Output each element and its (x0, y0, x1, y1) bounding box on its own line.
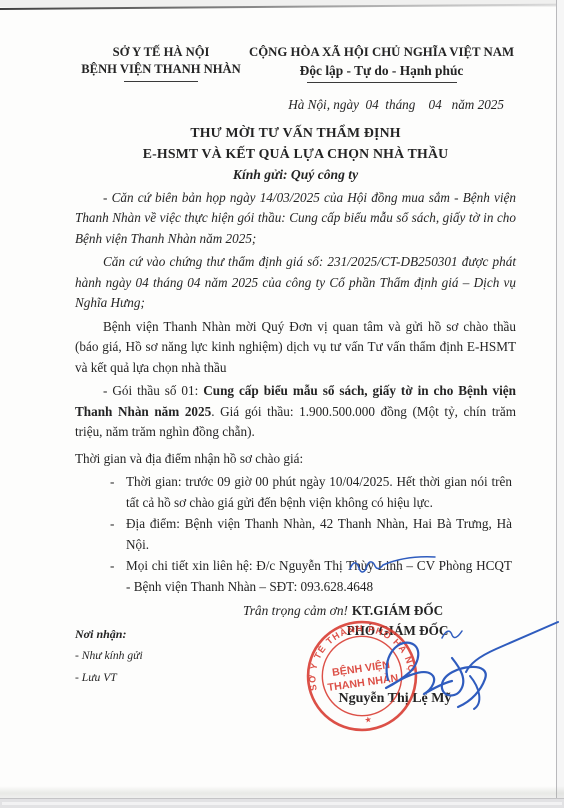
signer-role-line1: KT.GIÁM ĐỐC (300, 601, 495, 621)
national-title: CỘNG HÒA XÃ HỘI CHỦ NGHĨA VIỆT NAM (247, 44, 516, 61)
document-title-line1: THƯ MỜI TƯ VẤN THẨM ĐỊNH (75, 122, 516, 143)
recipients-block: Nơi nhận: - Như kính gửi - Lưu VT (75, 623, 143, 689)
recipients-label: Nơi nhận: (75, 623, 143, 645)
document-title-line2: E-HSMT VÀ KẾT QUẢ LỰA CHỌN NHÀ THẦU (75, 143, 516, 164)
scanned-document-page: SỞ Y TẾ HÀ NỘI BỆNH VIỆN THANH NHÀN CỘNG… (0, 0, 564, 808)
signer-name: Nguyễn Thị Lệ Mỹ (300, 691, 490, 707)
submission-details-list: - Thời gian: trước 09 giờ 00 phút ngày 1… (75, 472, 516, 597)
place-date-line: Hà Nội, ngày 04 tháng 04 năm 2025 (75, 95, 504, 116)
invitation-paragraph: Bệnh viện Thanh Nhàn mời Quý Đơn vị quan… (75, 317, 516, 379)
list-item: - Thời gian: trước 09 giờ 00 phút ngày 1… (110, 472, 516, 513)
signature-main-scrawl (386, 643, 452, 694)
deadline-item-text: Thời gian: trước 09 giờ 00 phút ngày 10/… (126, 472, 516, 513)
document-title-block: THƯ MỜI TƯ VẤN THẨM ĐỊNH E-HSMT VÀ KẾT Q… (75, 122, 516, 185)
list-dash: - (110, 472, 126, 513)
parent-agency-name: SỞ Y TẾ HÀ NỘI (75, 44, 247, 61)
signoff-titles: KT.GIÁM ĐỐC PHÓ GIÁM ĐỐC (300, 601, 495, 641)
salutation: Kính gửi: Quý công ty (75, 164, 516, 185)
national-motto: Độc lập - Tự do - Hạnh phúc (247, 61, 516, 80)
org-underline-rule (124, 81, 198, 82)
national-header-block: CỘNG HÒA XÃ HỘI CHỦ NGHĨA VIỆT NAM Độc l… (247, 44, 516, 83)
address-item-text: Địa điểm: Bệnh viện Thanh Nhàn, 42 Thanh… (126, 514, 516, 555)
scan-bottom-shadow (0, 786, 564, 798)
stamp-center-line1: BỆNH VIỆN (331, 658, 390, 679)
motto-underline-rule (307, 82, 457, 83)
hospital-name: BỆNH VIỆN THANH NHÀN (75, 61, 247, 78)
scan-bottom-strip (0, 798, 564, 808)
list-dash: - (110, 514, 126, 555)
package-paragraph: - Gói thầu số 01: Cung cấp biểu mẫu sổ s… (75, 381, 516, 443)
signer-role-line2: PHÓ GIÁM ĐỐC (300, 621, 495, 641)
stamp-inner-ring (317, 631, 407, 721)
basis-paragraph-2: Căn cứ vào chứng thư thẩm định giá số: 2… (75, 252, 516, 314)
scan-bottom-strip-highlight (2, 802, 562, 805)
recipient-item: - Như kính gửi (75, 645, 143, 667)
issuing-organization-block: SỞ Y TẾ HÀ NỘI BỆNH VIỆN THANH NHÀN (75, 44, 247, 82)
contact-item-text: Mọi chi tiết xin liên hệ: Đ/c Nguyễn Thị… (126, 556, 516, 597)
basis-paragraph-1: - Căn cứ biên bản họp ngày 14/03/2025 củ… (75, 188, 516, 250)
recipient-item: - Lưu VT (75, 667, 143, 689)
list-item: - Địa điểm: Bệnh viện Thanh Nhàn, 42 Tha… (110, 514, 516, 555)
list-dash: - (110, 556, 126, 597)
submission-section-heading: Thời gian và địa điểm nhận hồ sơ chào gi… (75, 449, 516, 470)
stamp-star-icon: ★ (364, 715, 372, 725)
package-prefix: - Gói thầu số 01: (103, 383, 203, 398)
list-item: - Mọi chi tiết xin liên hệ: Đ/c Nguyễn T… (110, 556, 516, 597)
letterhead: SỞ Y TẾ HÀ NỘI BỆNH VIỆN THANH NHÀN CỘNG… (75, 44, 516, 83)
document-content: SỞ Y TẾ HÀ NỘI BỆNH VIỆN THANH NHÀN CỘNG… (0, 0, 564, 622)
